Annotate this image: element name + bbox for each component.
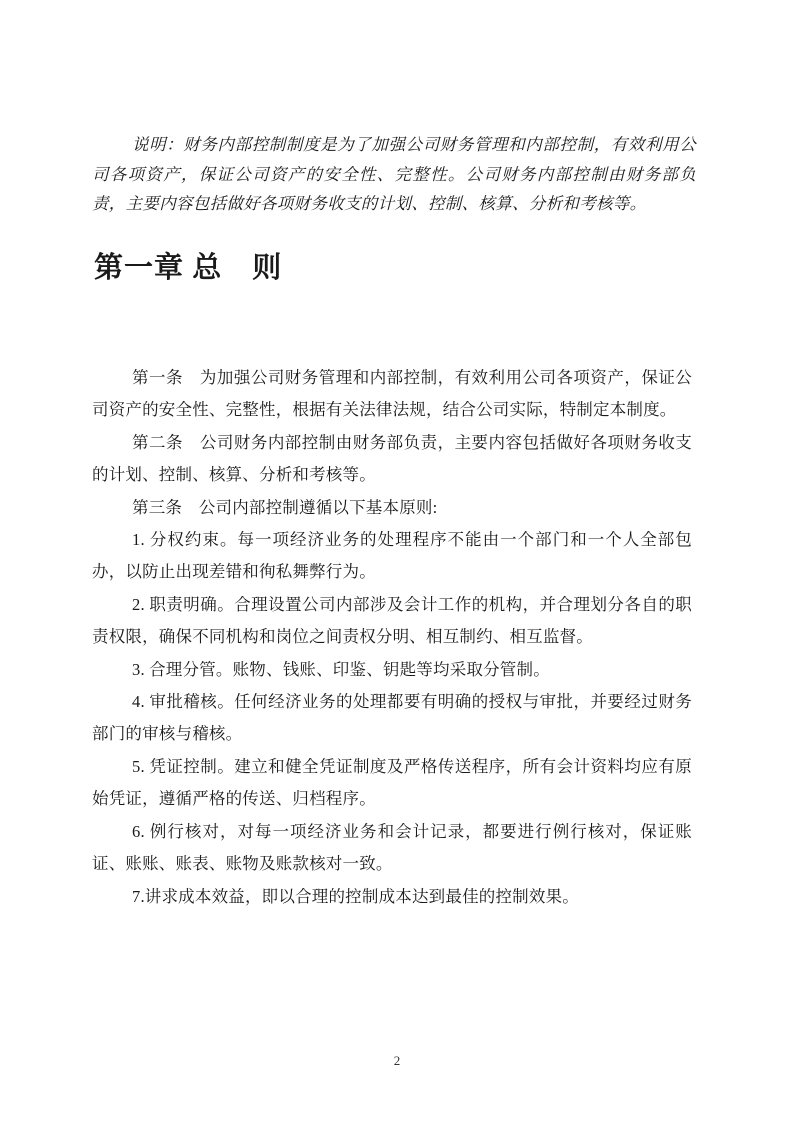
principle-item-5: 5. 凭证控制。建立和健全凭证制度及严格传送程序，所有会计资料均应有原始凭证，遵… <box>92 751 692 816</box>
page-number: 2 <box>0 1053 794 1069</box>
paragraph-article-2: 第二条 公司财务内部控制由财务部负责，主要内容包括做好各项财务收支的计划、控制、… <box>92 427 692 492</box>
document-page: 说明：财务内部控制制度是为了加强公司财务管理和内部控制，有效利用公司各项资产，保… <box>0 0 794 1122</box>
intro-note-paragraph: 说明：财务内部控制制度是为了加强公司财务管理和内部控制，有效利用公司各项资产，保… <box>92 130 696 219</box>
paragraph-article-3: 第三条 公司内部控制遵循以下基本原则: <box>92 492 692 524</box>
principle-item-4: 4. 审批稽核。任何经济业务的处理都要有明确的授权与审批，并要经过财务部门的审核… <box>92 686 692 751</box>
principle-item-3: 3. 合理分管。账物、钱账、印鉴、钥匙等均采取分管制。 <box>92 654 692 686</box>
body-text-block: 第一条 为加强公司财务管理和内部控制，有效利用公司各项资产，保证公司资产的安全性… <box>92 362 692 913</box>
chapter-heading: 第一章 总 则 <box>94 248 734 288</box>
principle-item-6: 6. 例行核对，对每一项经济业务和会计记录，都要进行例行核对，保证账证、账账、账… <box>92 816 692 881</box>
principle-item-2: 2. 职责明确。合理设置公司内部涉及会计工作的机构，并合理划分各自的职责权限，确… <box>92 589 692 654</box>
paragraph-article-1: 第一条 为加强公司财务管理和内部控制，有效利用公司各项资产，保证公司资产的安全性… <box>92 362 692 427</box>
principle-item-1: 1. 分权约束。每一项经济业务的处理程序不能由一个部门和一个人全部包办，以防止出… <box>92 524 692 589</box>
principle-item-7: 7.讲求成本效益，即以合理的控制成本达到最佳的控制效果。 <box>92 881 692 913</box>
